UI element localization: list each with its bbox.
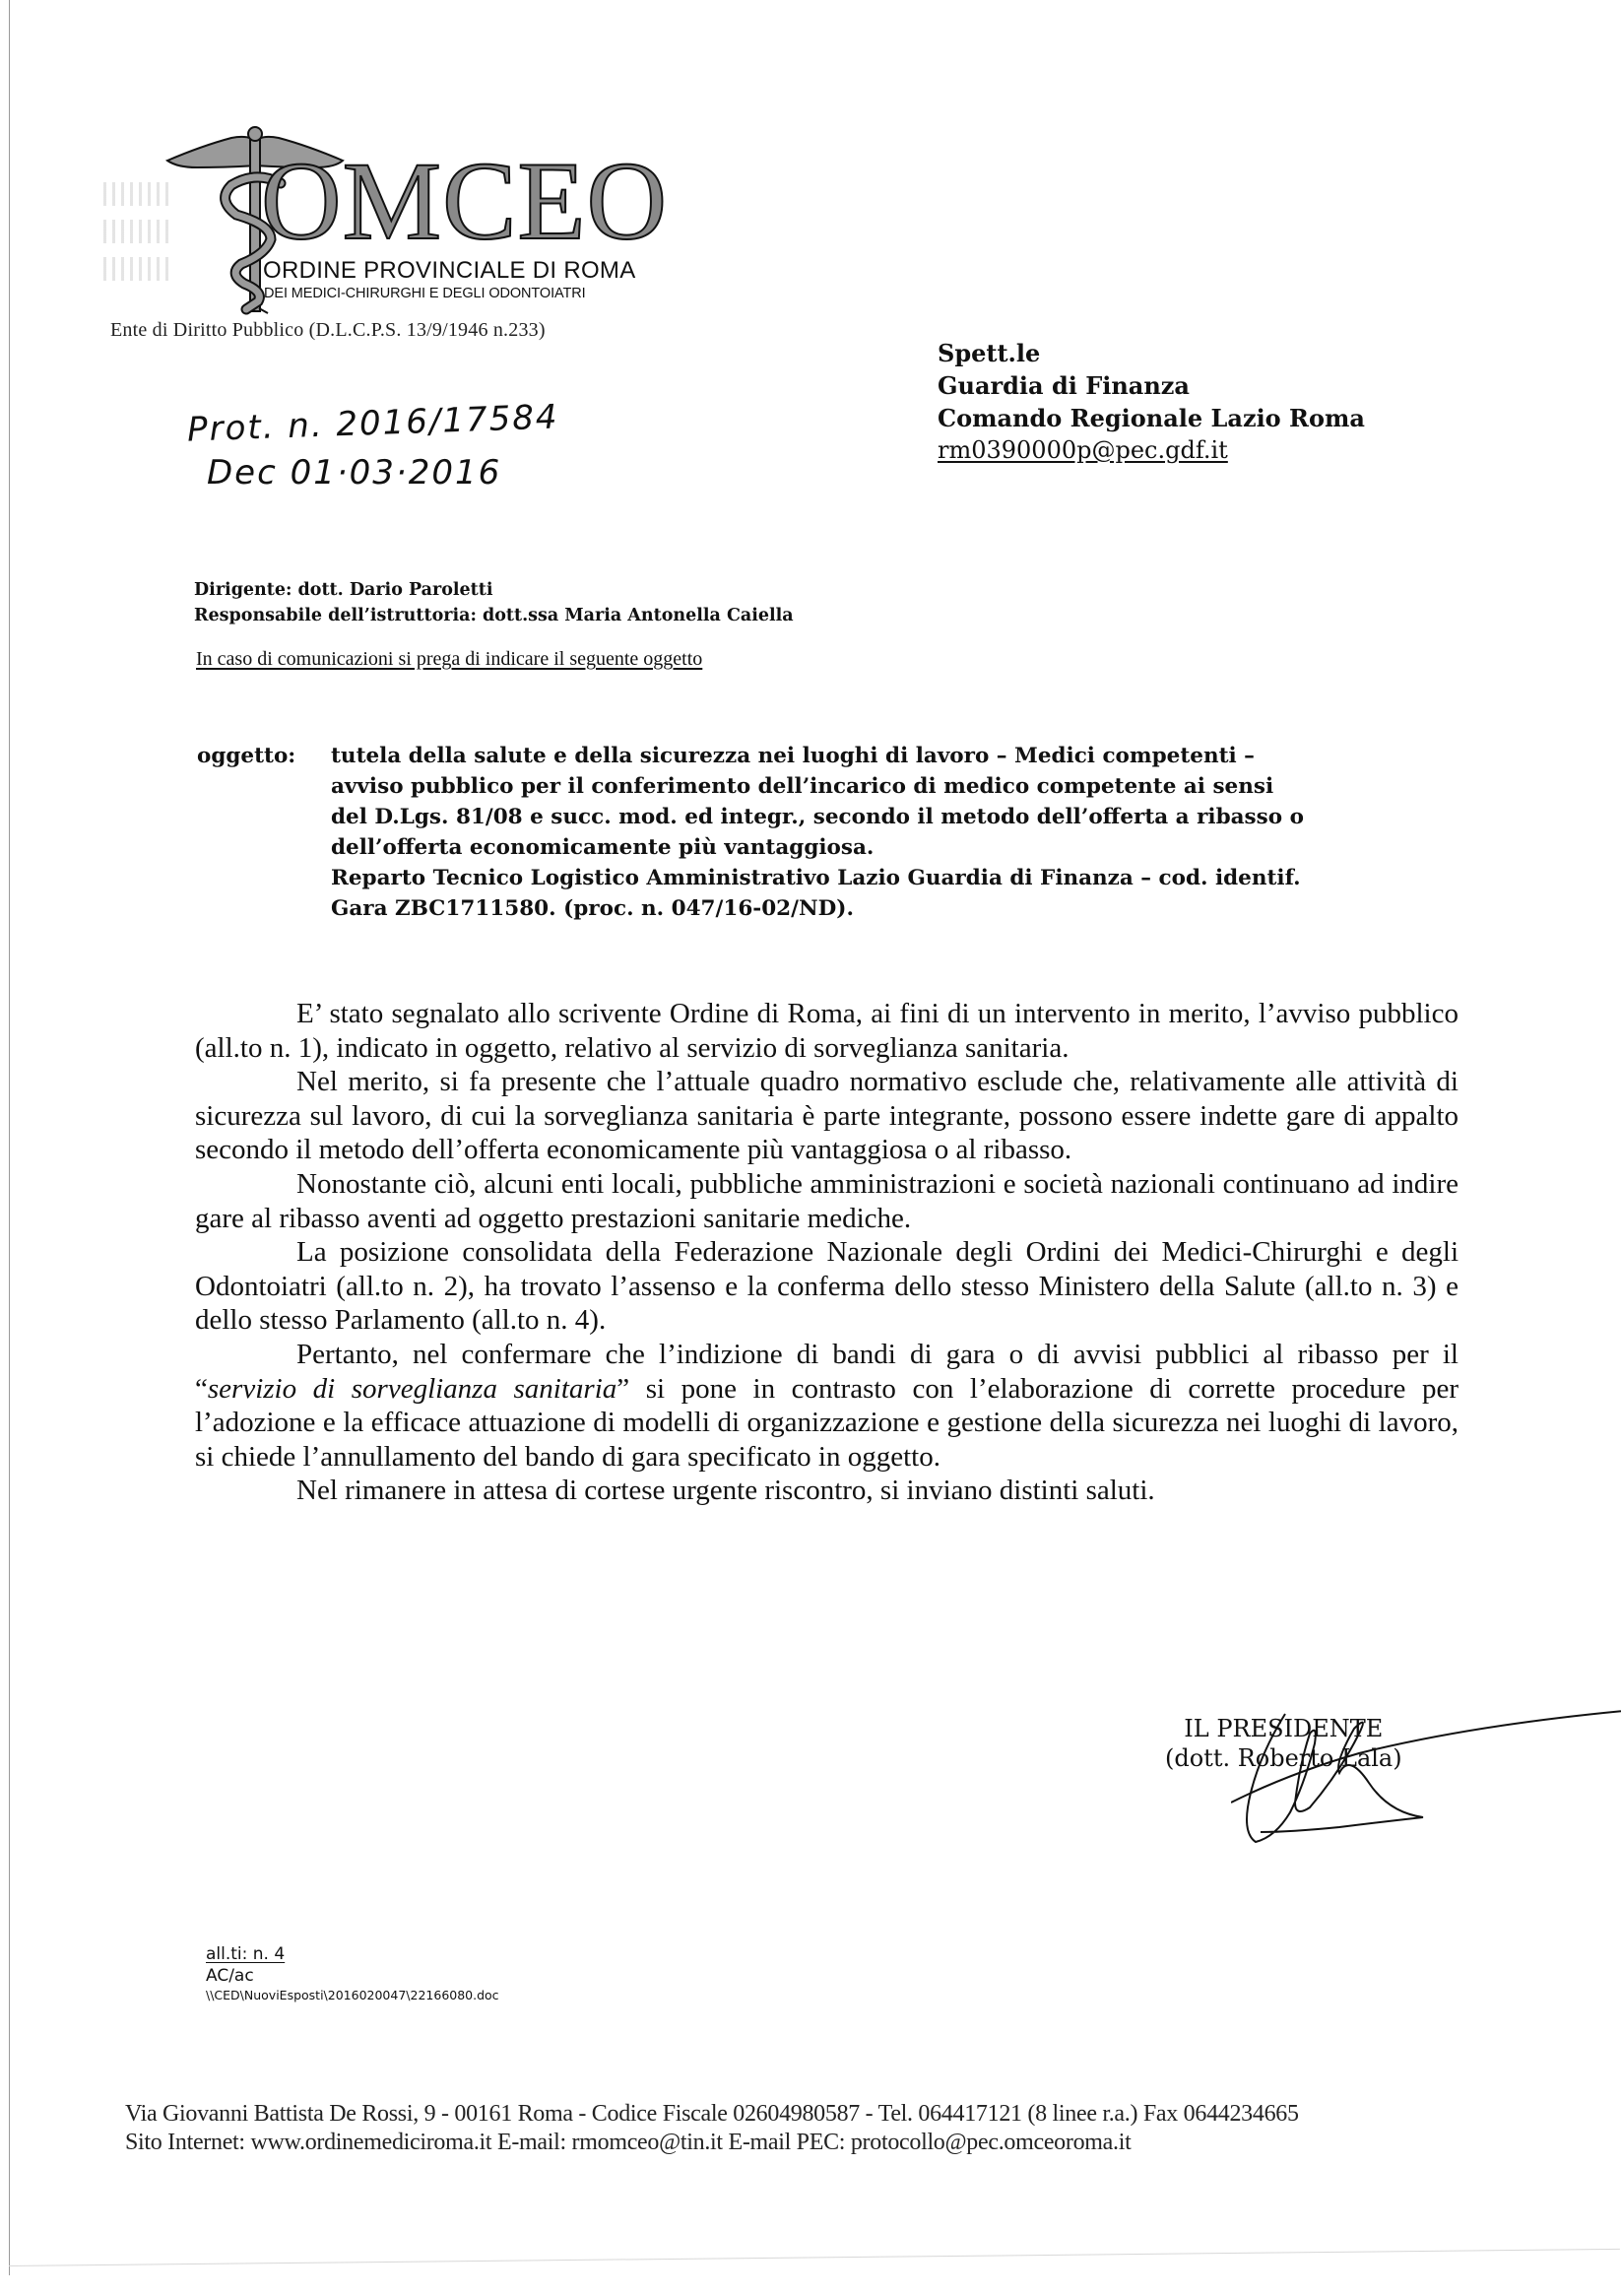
- letter-page: OMCEO ORDINE PROVINCIALE DI ROMA DEI MED…: [0, 0, 1621, 2296]
- legal-status: Ente di Diritto Pubblico (D.L.C.P.S. 13/…: [110, 319, 546, 342]
- scan-edge: [9, 0, 10, 2275]
- subject-line: avviso pubblico per il conferimento dell…: [331, 771, 1467, 802]
- body-paragraph: La posizione consolidata della Federazio…: [195, 1235, 1459, 1338]
- body-paragraph: Nel merito, si fa presente che l’attuale…: [195, 1065, 1459, 1167]
- recipient-line: Guardia di Finanza: [938, 369, 1365, 402]
- subject-reference-note: In caso di comunicazioni si prega di ind…: [196, 648, 702, 671]
- subject-line: dell’offerta economicamente più vantaggi…: [331, 832, 1467, 863]
- scan-edge: [9, 2249, 1620, 2266]
- subject-line: Reparto Tecnico Logistico Amministrativo…: [331, 863, 1467, 893]
- handwritten-signature-icon: [1231, 1694, 1621, 1871]
- recipient-line: Comando Regionale Lazio Roma: [938, 402, 1365, 434]
- body-italic-span: servizio di sorveglianza sanitaria: [208, 1373, 616, 1405]
- letter-body: E’ stato segnalato allo scrivente Ordine…: [195, 997, 1459, 1508]
- body-paragraph: Nonostante ciò, alcuni enti locali, pubb…: [195, 1167, 1459, 1235]
- responsabile: Responsabile dell’istruttoria: dott.ssa …: [194, 603, 794, 628]
- file-path: \\CED\NuoviEsposti\2016020047\22166080.d…: [206, 1987, 499, 2004]
- subject-label: oggetto:: [197, 741, 295, 771]
- attachments-count: all.ti: n. 4: [206, 1943, 499, 1965]
- body-paragraph: E’ stato segnalato allo scrivente Ordine…: [195, 997, 1459, 1065]
- subject-block: oggetto: tutela della salute e della sic…: [197, 741, 1467, 924]
- dirigente: Dirigente: dott. Dario Paroletti: [194, 577, 794, 603]
- footer-contacts: Via Giovanni Battista De Rossi, 9 - 0016…: [125, 2100, 1299, 2157]
- subject-line: tutela della salute e della sicurezza ne…: [331, 741, 1467, 771]
- officials-block: Dirigente: dott. Dario Paroletti Respons…: [194, 577, 794, 628]
- footer-address: Via Giovanni Battista De Rossi, 9 - 0016…: [125, 2100, 1299, 2129]
- org-subname: DEI MEDICI-CHIRURGHI E DEGLI ODONTOIATRI: [264, 286, 586, 301]
- recipient-email-link[interactable]: rm0390000p@pec.gdf.it: [938, 434, 1365, 467]
- org-name: ORDINE PROVINCIALE DI ROMA: [263, 257, 636, 285]
- body-paragraph: Nel rimanere in attesa di cortese urgent…: [195, 1474, 1459, 1508]
- author-initials: AC/ac: [206, 1965, 499, 1987]
- references-block: all.ti: n. 4 AC/ac \\CED\NuoviEsposti\20…: [206, 1943, 499, 2004]
- body-paragraph: Pertanto, nel confermare che l’indizione…: [195, 1338, 1459, 1474]
- recipient-salutation: Spett.le: [938, 337, 1365, 369]
- footer-web-email: Sito Internet: www.ordinemediciroma.it E…: [125, 2129, 1299, 2157]
- subject-line: del D.Lgs. 81/08 e succ. mod. ed integr.…: [331, 802, 1467, 832]
- subject-line: Gara ZBC1711580. (proc. n. 047/16-02/ND)…: [331, 893, 1467, 924]
- subject-text: tutela della salute e della sicurezza ne…: [331, 741, 1467, 924]
- recipient-block: Spett.le Guardia di Finanza Comando Regi…: [938, 337, 1365, 467]
- handwritten-protocol-number: Prot. n. 2016/17584: [186, 397, 559, 449]
- org-acronym: OMCEO: [261, 146, 668, 257]
- handwritten-protocol-date: Dec 01·03·2016: [207, 453, 501, 492]
